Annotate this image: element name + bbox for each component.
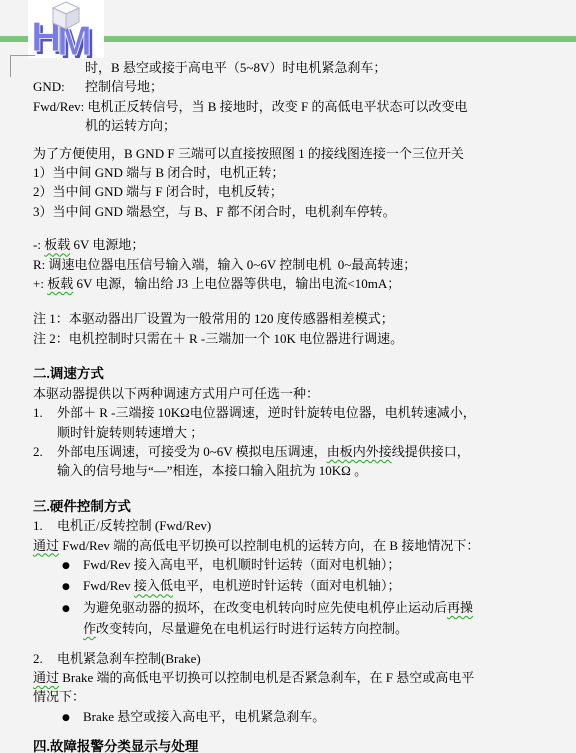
text-segment: 时，B 悬空或接于高电平（5~8V）时电机紧急刹车；: [85, 60, 386, 75]
spellcheck-flagged-text: 通过: [33, 538, 59, 553]
text-line: 时，B 悬空或接于高电平（5~8V）时电机紧急刹车；: [33, 58, 573, 77]
hm-logo-graphic: H M H M: [28, 0, 104, 58]
spellcheck-flagged-text: 通过: [33, 670, 59, 685]
text-segment: 外部电压调速，可接受为 0~6V 模拟电压调速，: [57, 444, 327, 459]
text-line: 2.外部电压调速，可接受为 0~6V 模拟电压调速，由板内外接线提供接口，: [33, 442, 573, 461]
text-segment: 线提供接口，: [392, 444, 470, 459]
text-segment: 注 1：本驱动器出厂设置为一般常用的 120 度传感器相差模式；: [33, 311, 394, 326]
text-segment: 改变转向，尽量避免在电机运行时进行运转方向控制。: [96, 621, 408, 636]
spellcheck-flagged-text: 再操: [447, 600, 473, 615]
text-line: 3）当中间 GND 端悬空，与 B、F 都不闭合时，电机刹车停转。: [33, 202, 573, 221]
line-label: 2.: [33, 649, 57, 668]
spellcheck-flagged-text: 作: [83, 621, 96, 636]
bullet-icon: ●: [62, 557, 83, 576]
text-segment: 1）当中间 GND 端与 B 闭合时，电机正转；: [33, 165, 284, 180]
text-line: ●Fwd/Rev 接入高电平，电机顺时针运转（面对电机轴）；: [33, 555, 573, 576]
section-heading: 四.故障报警分类显示与处理: [33, 737, 573, 753]
text-line: 输入的信号地与“—”相连，本接口输入阻抗为 10KΩ 。: [33, 461, 573, 480]
text-segment: 电机正/反转控制 (Fwd/Rev): [57, 518, 211, 533]
text-segment: +:: [33, 276, 47, 291]
text-segment: -:: [33, 237, 44, 252]
text-line: 顺时针旋转则转速增大 ；: [33, 423, 573, 442]
text-line: 作改变转向，尽量避免在电机运行时进行运转方向控制。: [33, 619, 573, 638]
text-line: R: 调速电位器电压信号输入端，输入 0~6V 控制电机 0~最高转速；: [33, 255, 573, 274]
text-line: 2）当中间 GND 端与 F 闭合时，电机反转；: [33, 182, 573, 201]
text-segment: 四.故障报警分类显示与处理: [33, 739, 198, 753]
line-label: Fwd/Rev:: [33, 97, 88, 116]
text-segment: 电机正反转信号，当 B 接地时，改变 F 的高低电平状态可以改变电: [88, 99, 468, 114]
logo-anchor-line: [10, 55, 35, 77]
text-line: -: 板载 6V 电源地；: [33, 235, 573, 254]
text-segment: R: 调速电位器电压信号输入端，输入 0~6V 控制电机 0~最高转速；: [33, 257, 416, 272]
text-line: 通过 Fwd/Rev 端的高低电平切换可以控制电机的运转方向，在 B 接地情况下…: [33, 536, 573, 555]
text-segment: 6V 电源，输出给 J3 上电位器等供电，输出电流<10mA；: [73, 276, 400, 291]
text-line: 为了方便使用，B GND F 三端可以直接按照图 1 的接线图连接一个三位开关: [33, 144, 573, 163]
text-line: GND:控制信号地；: [33, 77, 573, 96]
text-segment: 情况下：: [33, 689, 85, 704]
spellcheck-flagged-text: 板载: [47, 276, 73, 291]
text-line: +: 板载 6V 电源，输出给 J3 上电位器等供电，输出电流<10mA；: [33, 274, 573, 293]
line-label: 1.: [33, 516, 57, 535]
text-line: 情况下：: [33, 687, 573, 706]
text-segment: 二.调速方式: [33, 366, 104, 381]
line-label: GND:: [33, 77, 85, 96]
company-logo: H M H M: [28, 0, 104, 58]
text-line: 本驱动器提供以下两种调速方式用户可任选一种：: [33, 384, 573, 403]
text-line: ●为避免驱动器的损坏，在改变电机转向时应先使电机停止运动后再操: [33, 598, 573, 619]
line-label: 2.: [33, 442, 57, 461]
text-segment: 电机紧急刹车控制(Brake): [57, 651, 201, 666]
section-heading: 三.硬件控制方式: [33, 497, 573, 516]
line-label: 1.: [33, 403, 57, 422]
text-segment: 外部＋ R -三端接 10KΩ电位器调速，逆时针旋转电位器，电机转速减小，: [57, 405, 476, 420]
text-segment: 顺时针旋转则转速增大 ；: [57, 425, 203, 440]
text-line: 2.电机紧急刹车控制(Brake): [33, 649, 573, 668]
spellcheck-flagged-text: 板载: [44, 237, 70, 252]
spellcheck-flagged-text: 由板内外接: [327, 444, 392, 459]
document-page: H M H M 时，B 悬空或接于高电平（5~8V）时电机紧急刹车；GND:控制…: [0, 0, 576, 753]
text-segment: 2）当中间 GND 端与 F 闭合时，电机反转；: [33, 184, 283, 199]
text-segment: Brake 悬空或接入高电平，电机紧急刹车。: [83, 709, 325, 724]
text-segment: Brake 端的高低电平切换可以控制电机是否紧急刹车，在 F 悬空或高电平: [59, 670, 474, 685]
text-segment: 控制信号地；: [85, 79, 163, 94]
section-heading: 二.调速方式: [33, 364, 573, 383]
text-line: 机的运转方向；: [33, 116, 573, 135]
bullet-icon: ●: [62, 709, 83, 728]
text-line: 1.外部＋ R -三端接 10KΩ电位器调速，逆时针旋转电位器，电机转速减小，: [33, 403, 573, 422]
text-segment: Fwd/Rev 端的高低电平切换可以控制电机的运转方向，在 B 接地情况下：: [59, 538, 479, 553]
text-segment: 注 2：电机控制时只需在＋ R -三端加一个 10K 电位器进行调速。: [33, 331, 403, 346]
text-segment: 3）当中间 GND 端悬空，与 B、F 都不闭合时，电机刹车停转。: [33, 204, 396, 219]
text-line: 注 1：本驱动器出厂设置为一般常用的 120 度传感器相差模式；: [33, 309, 573, 328]
text-segment: 6V 电源地；: [70, 237, 144, 252]
text-segment: Fwd/Rev 接入高电平，电机顺时针运转（面对电机轴）；: [83, 557, 400, 572]
text-line: Fwd/Rev: 电机正反转信号，当 B 接地时，改变 F 的高低电平状态可以改…: [33, 97, 573, 116]
text-segment: 机的运转方向；: [85, 118, 176, 133]
text-line: 注 2：电机控制时只需在＋ R -三端加一个 10K 电位器进行调速。: [33, 329, 573, 348]
text-line: 1.电机正/反转控制 (Fwd/Rev): [33, 516, 573, 535]
document-body: 时，B 悬空或接于高电平（5~8V）时电机紧急刹车；GND:控制信号地；Fwd/…: [33, 58, 573, 753]
text-segment: 为避免驱动器的损坏，在改变电机转向时应先使电机停止运动后: [83, 600, 447, 615]
text-line: 通过 Brake 端的高低电平切换可以控制电机是否紧急刹车，在 F 悬空或高电平: [33, 668, 573, 687]
bullet-icon: ●: [62, 600, 83, 619]
text-line: ●Fwd/Rev 接入低电平，电机逆时针运转（面对电机轴）；: [33, 576, 573, 597]
spellcheck-flagged-text: 接入低: [134, 578, 173, 593]
text-segment: 本驱动器提供以下两种调速方式用户可任选一种：: [33, 386, 319, 401]
text-segment: 三.硬件控制方式: [33, 499, 131, 514]
text-segment: 电平，电机逆时针运转（面对电机轴）；: [173, 578, 401, 593]
text-line: 1）当中间 GND 端与 B 闭合时，电机正转；: [33, 163, 573, 182]
text-segment: 为了方便使用，B GND F 三端可以直接按照图 1 的接线图连接一个三位开关: [33, 146, 464, 161]
bullet-icon: ●: [62, 578, 83, 597]
text-line: ●Brake 悬空或接入高电平，电机紧急刹车。: [33, 707, 573, 728]
text-segment: Fwd/Rev: [83, 578, 134, 593]
text-segment: 输入的信号地与“—”相连，本接口输入阻抗为 10KΩ 。: [57, 463, 367, 478]
